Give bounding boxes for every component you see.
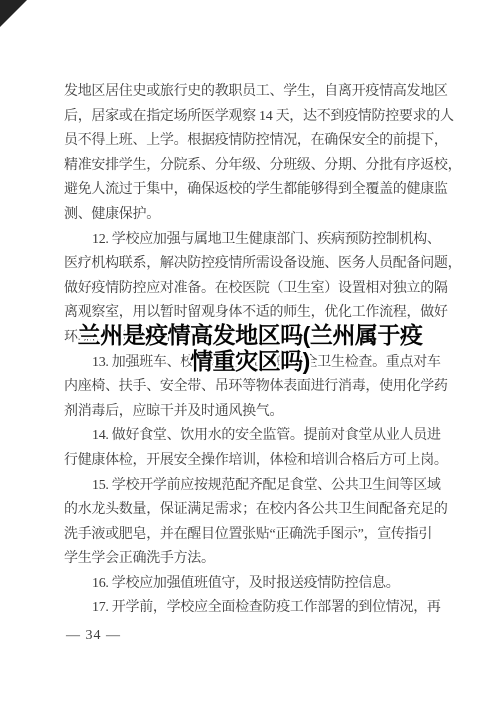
document-line: 15. 学校开学前应按规范配齐配足食堂、公共卫生间等区域 <box>64 474 438 499</box>
document-line: 16. 学校应加强值班值守，及时报送疫情防控信息。 <box>64 572 438 597</box>
document-line: 行健康体检，开展安全操作培训，体检和培训合格后方可上岗。 <box>64 449 438 474</box>
document-line: 14. 做好食堂、饮用水的安全监管。提前对食堂从业人员进 <box>64 424 438 449</box>
document-line: 测、健康保护。 <box>64 203 438 228</box>
overlay-article-title: 兰州是疫情高发地区吗(兰州属于疫 情重灾区吗) <box>0 322 500 374</box>
page-number: — 34 — <box>66 628 121 644</box>
page-corner-mark <box>0 0 27 27</box>
scanned-document-page: 发地区居住史或旅行史的教职员工、学生，自离开疫情高发地区后，居家或在指定场所医学… <box>0 0 500 707</box>
overlay-title-line-1: 兰州是疫情高发地区吗(兰州属于疫 <box>0 322 500 348</box>
document-line: 12. 学校应加强与属地卫生健康部门、疾病预防控制机构、 <box>64 228 438 253</box>
document-line: 后，居家或在指定场所医学观察 14 天，达不到疫情防控要求的人 <box>64 105 438 130</box>
document-line: 的水龙头数量，保证满足需求；在校内各公共卫生间配备充足的 <box>64 498 438 523</box>
document-line: 做好疫情防控应对准备。在校医院（卫生室）设置相对独立的隔 <box>64 277 438 302</box>
document-line: 剂消毒后，应晾干并及时通风换气。 <box>64 400 438 425</box>
document-line: 医疗机构联系，解决防控疫情所需设备设施、医务人员配备问题， <box>64 252 438 277</box>
document-line: 学生学会正确洗手方法。 <box>64 547 438 572</box>
document-line: 员不得上班、上学。根据疫情防控情况，在确保安全的前提下， <box>64 129 438 154</box>
document-line: 内座椅、扶手、安全带、吊环等物体表面进行消毒，使用化学药 <box>64 375 438 400</box>
document-line: 洗手液或肥皂，并在醒目位置张贴“正确洗手图示”，宣传指引 <box>64 523 438 548</box>
document-line: 避免人流过于集中，确保返校的学生都能够得到全覆盖的健康监 <box>64 178 438 203</box>
overlay-title-line-2: 情重灾区吗) <box>0 348 500 374</box>
document-line: 精准安排学生，分院系、分年级、分班级、分期、分批有序返校， <box>64 154 438 179</box>
document-line: 发地区居住史或旅行史的教职员工、学生，自离开疫情高发地区 <box>64 80 438 105</box>
document-line: 17. 开学前，学校应全面检查防疫工作部署的到位情况，再 <box>64 596 438 621</box>
